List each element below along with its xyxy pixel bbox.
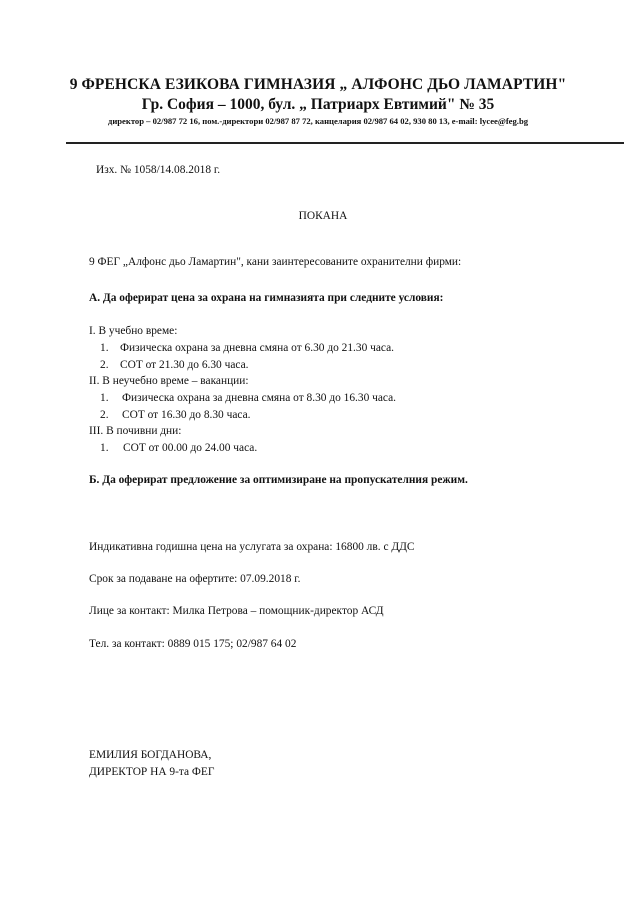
- section-b-heading: Б. Да оферират предложение за оптимизира…: [89, 474, 468, 486]
- list-item-number: 2.: [100, 359, 109, 371]
- list-item-number: 2.: [100, 409, 109, 421]
- reference-number: Изх. № 1058/14.08.2018 г.: [96, 164, 220, 176]
- section-a-heading: А. Да оферират цена за охрана на гимнази…: [89, 292, 443, 304]
- signatory-name: ЕМИЛИЯ БОГДАНОВА,: [89, 749, 211, 761]
- school-address: Гр. София – 1000, бул. „ Патриарх Евтими…: [0, 96, 636, 114]
- list-item: Физическа охрана за дневна смяна от 8.30…: [122, 392, 396, 404]
- intro-paragraph: 9 ФЕГ „Алфонс дьо Ламартин", кани заинте…: [89, 256, 461, 268]
- list-item: СОТ от 21.30 до 6.30 часа.: [120, 359, 248, 371]
- group-label: II. В неучебно време – ваканции:: [89, 375, 249, 387]
- signatory-position: ДИРЕКТОР НА 9-та ФЕГ: [89, 766, 214, 778]
- list-item-number: 1.: [100, 392, 109, 404]
- indicative-price: Индикативна годишна цена на услугата за …: [89, 541, 414, 553]
- group-label: III. В почивни дни:: [89, 425, 181, 437]
- school-contacts: директор – 02/987 72 16, пом.-директори …: [0, 116, 636, 126]
- list-item: СОТ от 00.00 до 24.00 часа.: [123, 442, 257, 454]
- list-item: СОТ от 16.30 до 8.30 часа.: [122, 409, 250, 421]
- header-divider: [66, 142, 624, 144]
- contact-person: Лице за контакт: Милка Петрова – помощни…: [89, 605, 383, 617]
- list-item: Физическа охрана за дневна смяна от 6.30…: [120, 342, 394, 354]
- group-label: I. В учебно време:: [89, 325, 177, 337]
- offer-deadline: Срок за подаване на офертите: 07.09.2018…: [89, 573, 301, 585]
- document-title: ПОКАНА: [0, 210, 636, 222]
- school-name: 9 ФРЕНСКА ЕЗИКОВА ГИМНАЗИЯ „ АЛФОНС ДЬО …: [0, 76, 636, 94]
- list-item-number: 1.: [100, 442, 109, 454]
- list-item-number: 1.: [100, 342, 109, 354]
- contact-phone: Тел. за контакт: 0889 015 175; 02/987 64…: [89, 638, 296, 650]
